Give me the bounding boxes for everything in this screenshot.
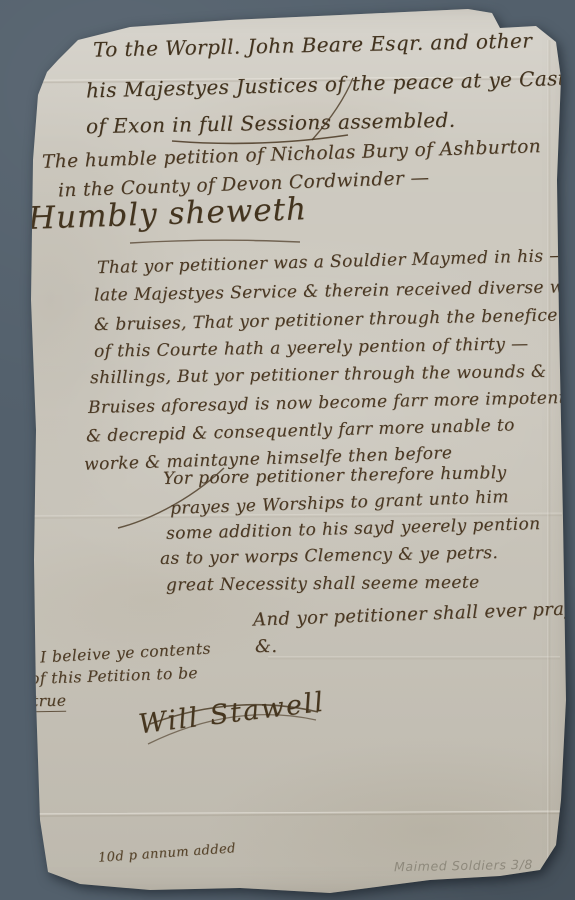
closing-line-2: &. [255, 636, 278, 657]
pencil-note: Maimed Soldiers 3/8 [394, 857, 533, 874]
body-line-7: & decrepid & consequently farr more unab… [86, 415, 515, 446]
prayer-line-4: as to yor worps Clemency & ye petrs. [160, 543, 499, 569]
attestation-line-2: of this Petition to be [30, 664, 198, 688]
attestation-line-3: true [32, 692, 67, 713]
body-line-5: shillings, But yor petitioner through th… [90, 362, 547, 388]
heading-line-2: his Majestyes Justices of the peace at y… [86, 65, 575, 102]
paper-shadow-wrap: To the Worpll. John Beare Esqr. and othe… [0, 0, 575, 900]
prayer-line-5: great Necessity shall seeme meete [166, 573, 480, 596]
body-line-6: Bruises aforesayd is now become farr mor… [88, 388, 566, 418]
prayer-line-2: prayes ye Worships to grant unto him [170, 487, 509, 519]
fold-crease-bottom [38, 811, 562, 818]
body-line-4: of this Courte hath a yeerely pention of… [94, 334, 529, 362]
photo-background: To the Worpll. John Beare Esqr. and othe… [0, 0, 575, 900]
heading-line-3: of Exon in full Sessions assembled. [86, 108, 456, 138]
attestation-line-1: I beleive ye contents [40, 640, 212, 667]
manuscript-paper: To the Worpll. John Beare Esqr. and othe… [0, 0, 575, 900]
prayer-line-3: some addition to his sayd yeerely pentio… [166, 514, 541, 544]
heading-line-1: To the Worpll. John Beare Esqr. and othe… [93, 28, 533, 61]
body-line-2: late Majestyes Service & therein receive… [94, 276, 575, 305]
closing-line-1: And yor petitioner shall ever pray [253, 598, 575, 630]
sheweth-tail-flourish [130, 240, 300, 243]
fold-crease-vertical [547, 40, 551, 870]
body-line-1: That yor petitioner was a Souldier Mayme… [97, 246, 567, 278]
signature: Will Stawell [137, 687, 327, 741]
ink-note: 10d p annum added [98, 841, 237, 866]
body-line-3: & bruises, That yor petitioner through t… [94, 305, 575, 335]
salutation-line-1: The humble petition of Nicholas Bury of … [42, 136, 542, 173]
fold-crease-right-half [268, 656, 560, 660]
